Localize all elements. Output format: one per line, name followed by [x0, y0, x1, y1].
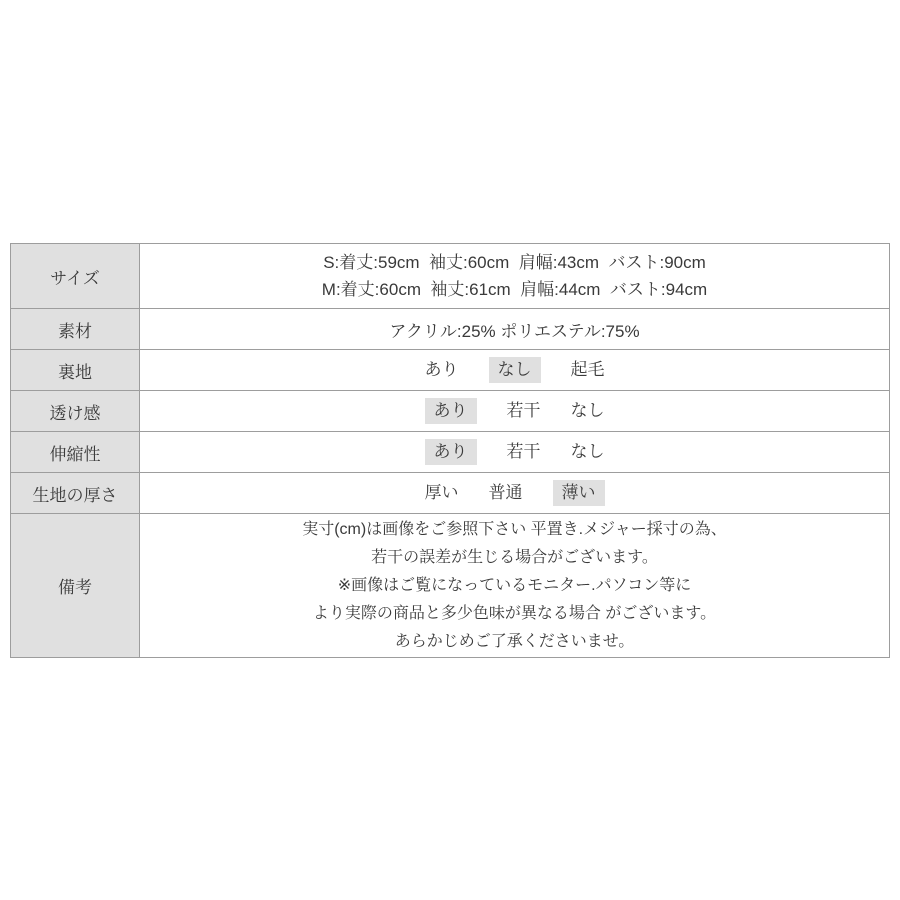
option-lining-ari: あり [425, 358, 459, 382]
row-value-size: S:着丈:59cm 袖丈:60cm 肩幅:43cm バスト:90cm M:着丈:… [140, 244, 890, 309]
row-label-material: 素材 [11, 309, 140, 350]
row-value-thickness: 厚い 普通 薄い [140, 473, 890, 514]
option-stretch-nashi: なし [571, 440, 605, 464]
option-stretch-ari: あり [425, 439, 477, 465]
lining-options: あり なし 起毛 [140, 357, 889, 383]
row-label-sheerness: 透け感 [11, 391, 140, 432]
row-label-notes: 備考 [11, 514, 140, 658]
spec-row-lining: 裏地 あり なし 起毛 [11, 350, 890, 391]
option-thick: 厚い [425, 481, 459, 505]
row-label-lining: 裏地 [11, 350, 140, 391]
option-sheer-jakkan: 若干 [507, 399, 541, 423]
option-sheer-ari: あり [425, 398, 477, 424]
row-label-stretch: 伸縮性 [11, 432, 140, 473]
option-normal: 普通 [489, 481, 523, 505]
product-spec-page: サイズ S:着丈:59cm 袖丈:60cm 肩幅:43cm バスト:90cm M… [0, 0, 900, 900]
row-label-size: サイズ [11, 244, 140, 309]
option-thin: 薄い [553, 480, 605, 506]
stretch-options: あり 若干 なし [140, 439, 889, 465]
spec-row-thickness: 生地の厚さ 厚い 普通 薄い [11, 473, 890, 514]
size-line-s: S:着丈:59cm 袖丈:60cm 肩幅:43cm バスト:90cm [140, 249, 889, 276]
spec-row-notes: 備考 実寸(cm)は画像をご参照下さい 平置き.メジャー採寸の為、 若干の誤差が… [11, 514, 890, 658]
notes-line-3: ※画像はご覧になっているモニター.パソコン等に [140, 572, 889, 600]
option-lining-nashi: なし [489, 357, 541, 383]
sheerness-options: あり 若干 なし [140, 398, 889, 424]
notes-line-5: あらかじめご了承くださいませ。 [140, 628, 889, 656]
spec-row-stretch: 伸縮性 あり 若干 なし [11, 432, 890, 473]
thickness-options: 厚い 普通 薄い [140, 480, 889, 506]
row-value-sheerness: あり 若干 なし [140, 391, 890, 432]
spec-table: サイズ S:着丈:59cm 袖丈:60cm 肩幅:43cm バスト:90cm M… [10, 243, 890, 658]
spec-row-size: サイズ S:着丈:59cm 袖丈:60cm 肩幅:43cm バスト:90cm M… [11, 244, 890, 309]
size-line-m: M:着丈:60cm 袖丈:61cm 肩幅:44cm バスト:94cm [140, 276, 889, 303]
notes-line-2: 若干の誤差が生じる場合がございます。 [140, 544, 889, 572]
row-value-notes: 実寸(cm)は画像をご参照下さい 平置き.メジャー採寸の為、 若干の誤差が生じる… [140, 514, 890, 658]
row-value-lining: あり なし 起毛 [140, 350, 890, 391]
notes-line-4: より実際の商品と多少色味が異なる場合 がございます。 [140, 600, 889, 628]
option-stretch-jakkan: 若干 [507, 440, 541, 464]
option-sheer-nashi: なし [571, 399, 605, 423]
row-value-stretch: あり 若干 なし [140, 432, 890, 473]
spec-row-sheerness: 透け感 あり 若干 なし [11, 391, 890, 432]
row-value-material: アクリル:25% ポリエステル:75% [140, 309, 890, 350]
row-label-thickness: 生地の厚さ [11, 473, 140, 514]
option-lining-kimo: 起毛 [571, 358, 605, 382]
notes-line-1: 実寸(cm)は画像をご参照下さい 平置き.メジャー採寸の為、 [140, 516, 889, 544]
spec-row-material: 素材 アクリル:25% ポリエステル:75% [11, 309, 890, 350]
spec-table-container: サイズ S:着丈:59cm 袖丈:60cm 肩幅:43cm バスト:90cm M… [10, 243, 890, 658]
